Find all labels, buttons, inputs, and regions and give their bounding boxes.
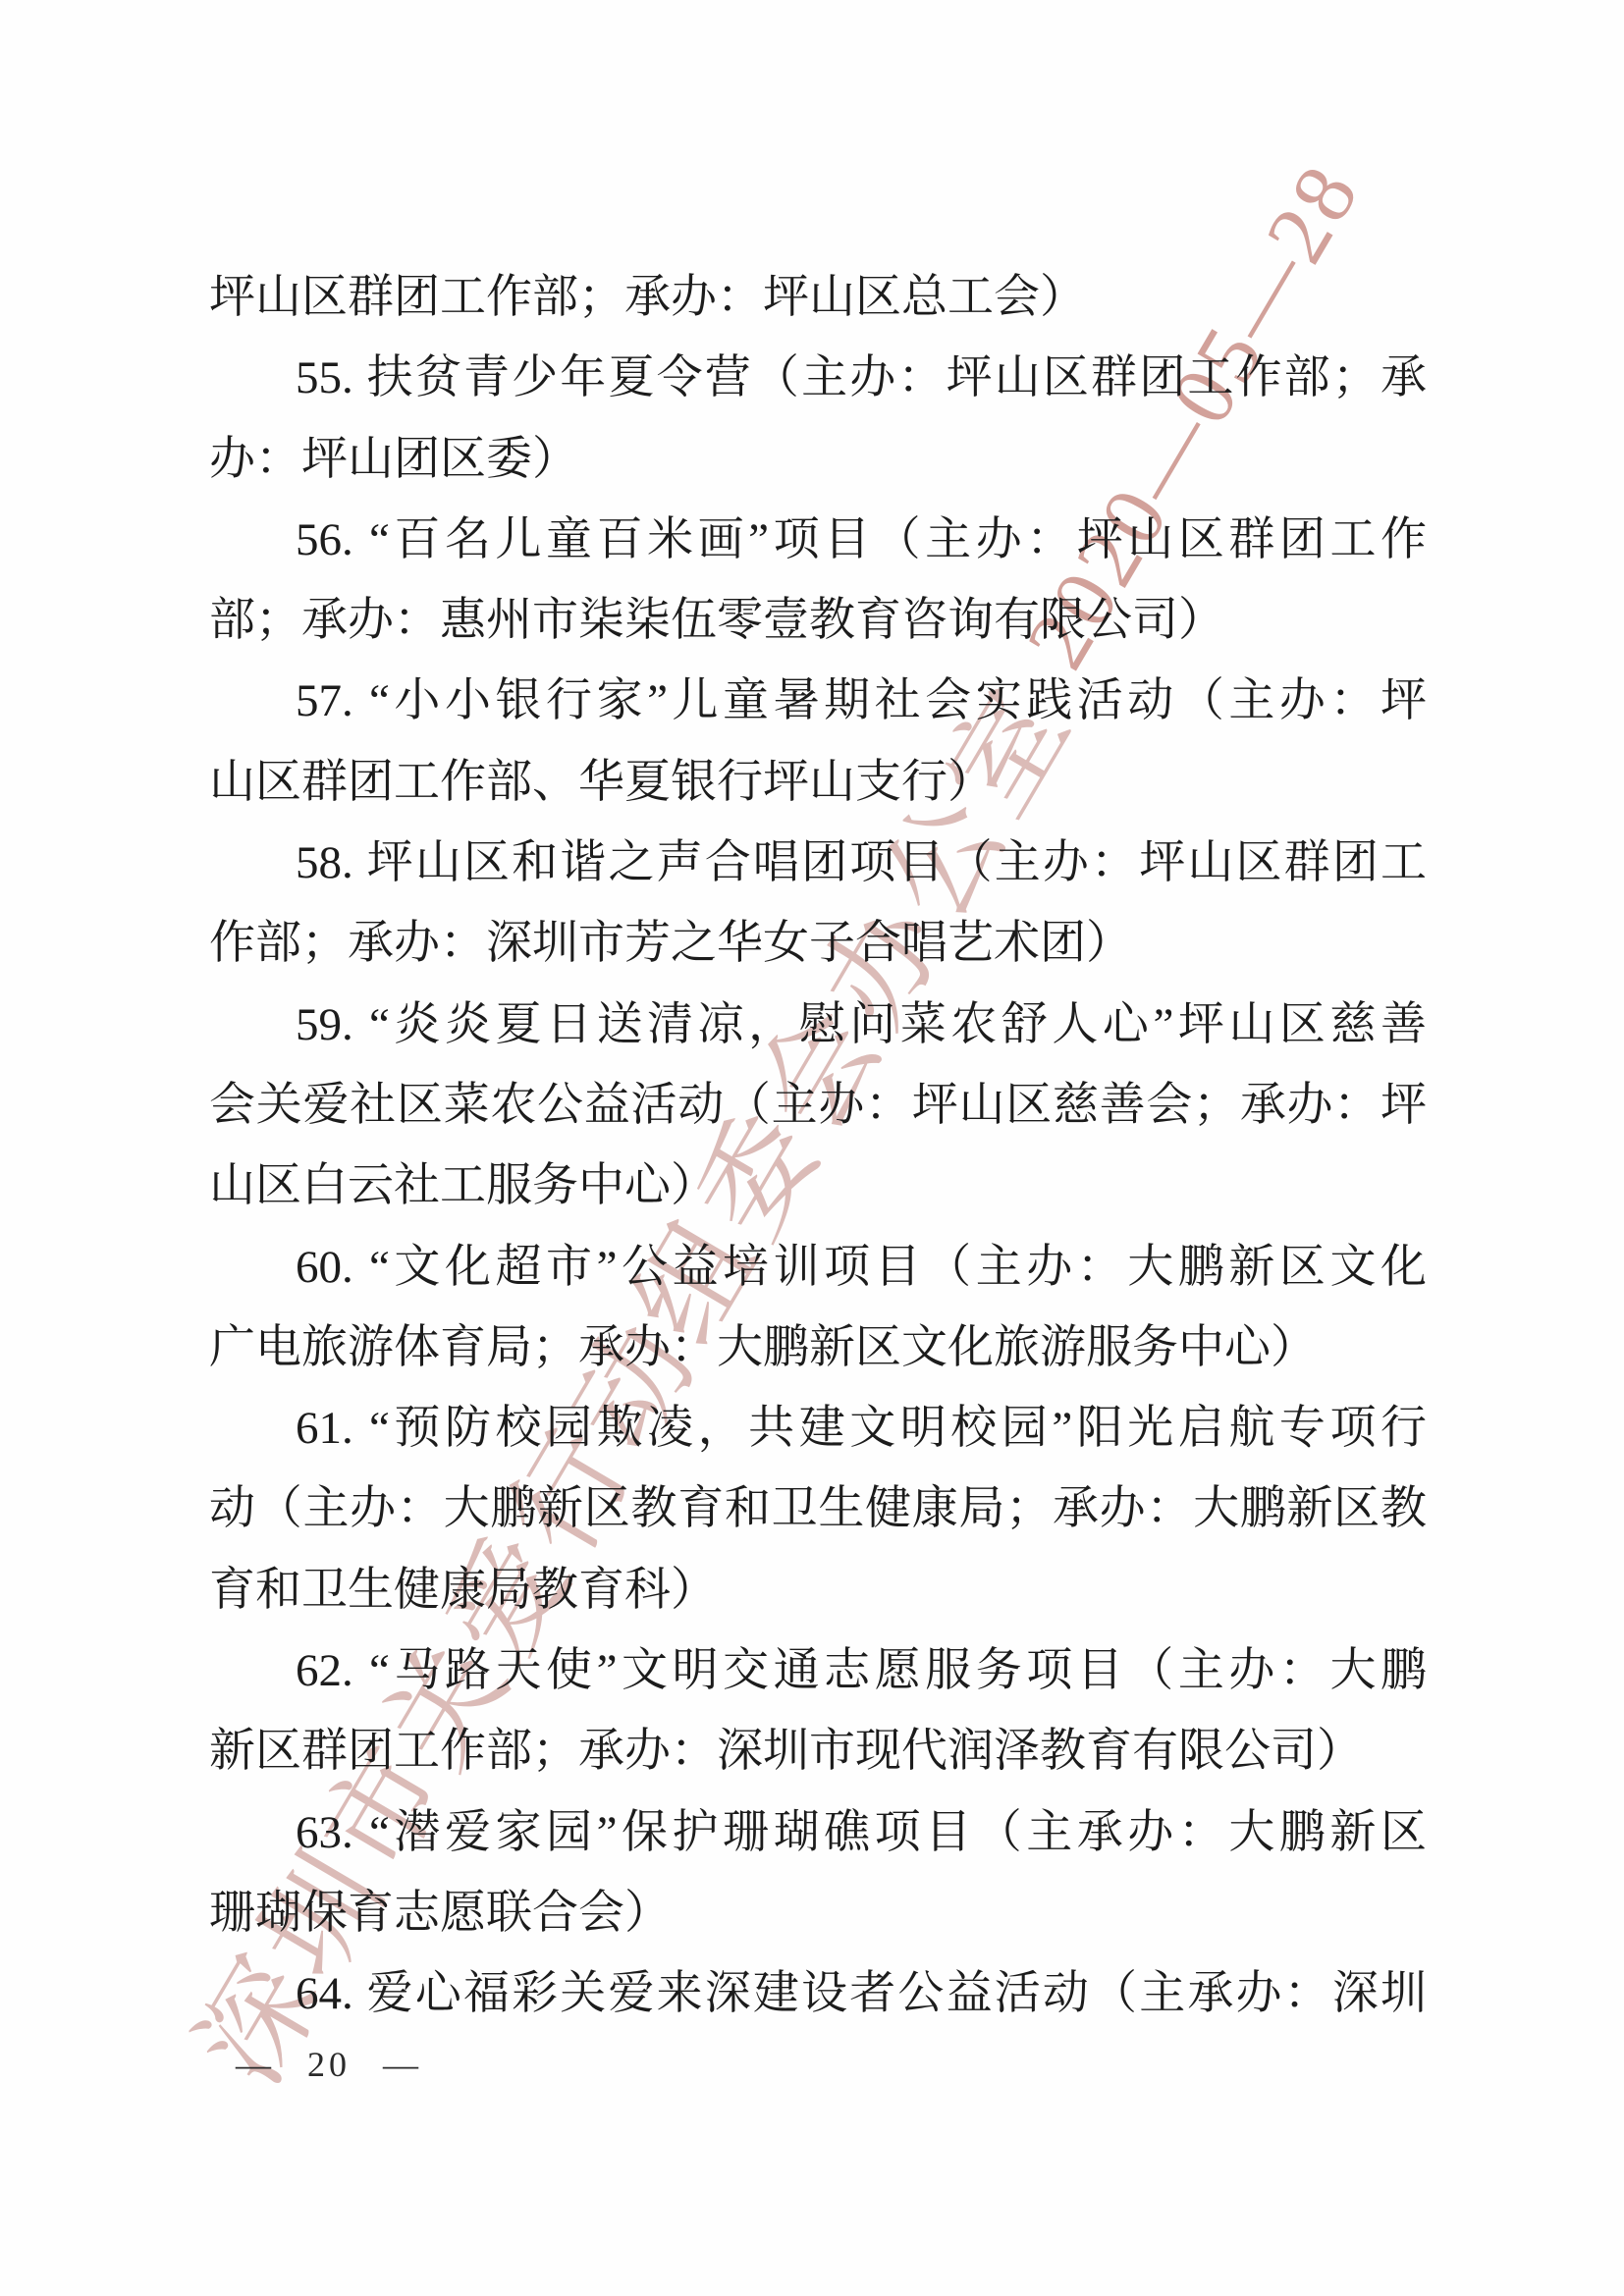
document-page: 深圳市关爱行动组委会办公室 2020—05—28 坪山区群团工作部；承办：坪山区… [0, 0, 1624, 2296]
text-line: 作部；承办：深圳市芳之华女子合唱艺术团） [209, 903, 1427, 984]
text-line: 动（主办：大鹏新区教育和卫生健康局；承办：大鹏新区教 [209, 1468, 1427, 1549]
text-line: 57. “小小银行家”儿童暑期社会实践活动（主办：坪 [209, 661, 1427, 741]
text-line: 59. “炎炎夏日送清凉，慰问菜农舒人心”坪山区慈善 [209, 985, 1427, 1065]
text-line: 64. 爱心福彩关爱来深建设者公益活动（主承办：深圳 [209, 1953, 1427, 2034]
text-line: 广电旅游体育局；承办：大鹏新区文化旅游服务中心） [209, 1308, 1427, 1388]
text-line: 60. “文化超市”公益培训项目（主办：大鹏新区文化 [209, 1227, 1427, 1308]
text-line: 山区白云社工服务中心） [209, 1146, 1427, 1226]
text-line: 62. “马路天使”文明交通志愿服务项目（主办：大鹏 [209, 1630, 1427, 1711]
text-line: 61. “预防校园欺凌，共建文明校园”阳光启航专项行 [209, 1388, 1427, 1468]
text-line: 55. 扶贫青少年夏令营（主办：坪山区群团工作部；承 [209, 338, 1427, 418]
text-line: 63. “潜爱家园”保护珊瑚礁项目（主承办：大鹏新区 [209, 1792, 1427, 1873]
text-line: 部；承办：惠州市柒柒伍零壹教育咨询有限公司） [209, 580, 1427, 661]
text-line: 新区群团工作部；承办：深圳市现代润泽教育有限公司） [209, 1711, 1427, 1791]
text-line: 山区群团工作部、华夏银行坪山支行） [209, 742, 1427, 823]
text-block: 坪山区群团工作部；承办：坪山区总工会） 55. 扶贫青少年夏令营（主办：坪山区群… [209, 257, 1427, 2035]
text-line: 育和卫生健康局教育科） [209, 1550, 1427, 1630]
text-line: 办：坪山团区委） [209, 419, 1427, 500]
text-line: 会关爱社区菜农公益活动（主办：坪山区慈善会；承办：坪 [209, 1065, 1427, 1146]
text-line: 坪山区群团工作部；承办：坪山区总工会） [209, 257, 1427, 338]
text-line: 珊瑚保育志愿联合会） [209, 1873, 1427, 1953]
text-line: 58. 坪山区和谐之声合唱团项目（主办：坪山区群团工 [209, 823, 1427, 903]
text-line: 56. “百名儿童百米画”项目（主办：坪山区群团工作 [209, 500, 1427, 580]
page-number: — 20 — [236, 2044, 422, 2085]
